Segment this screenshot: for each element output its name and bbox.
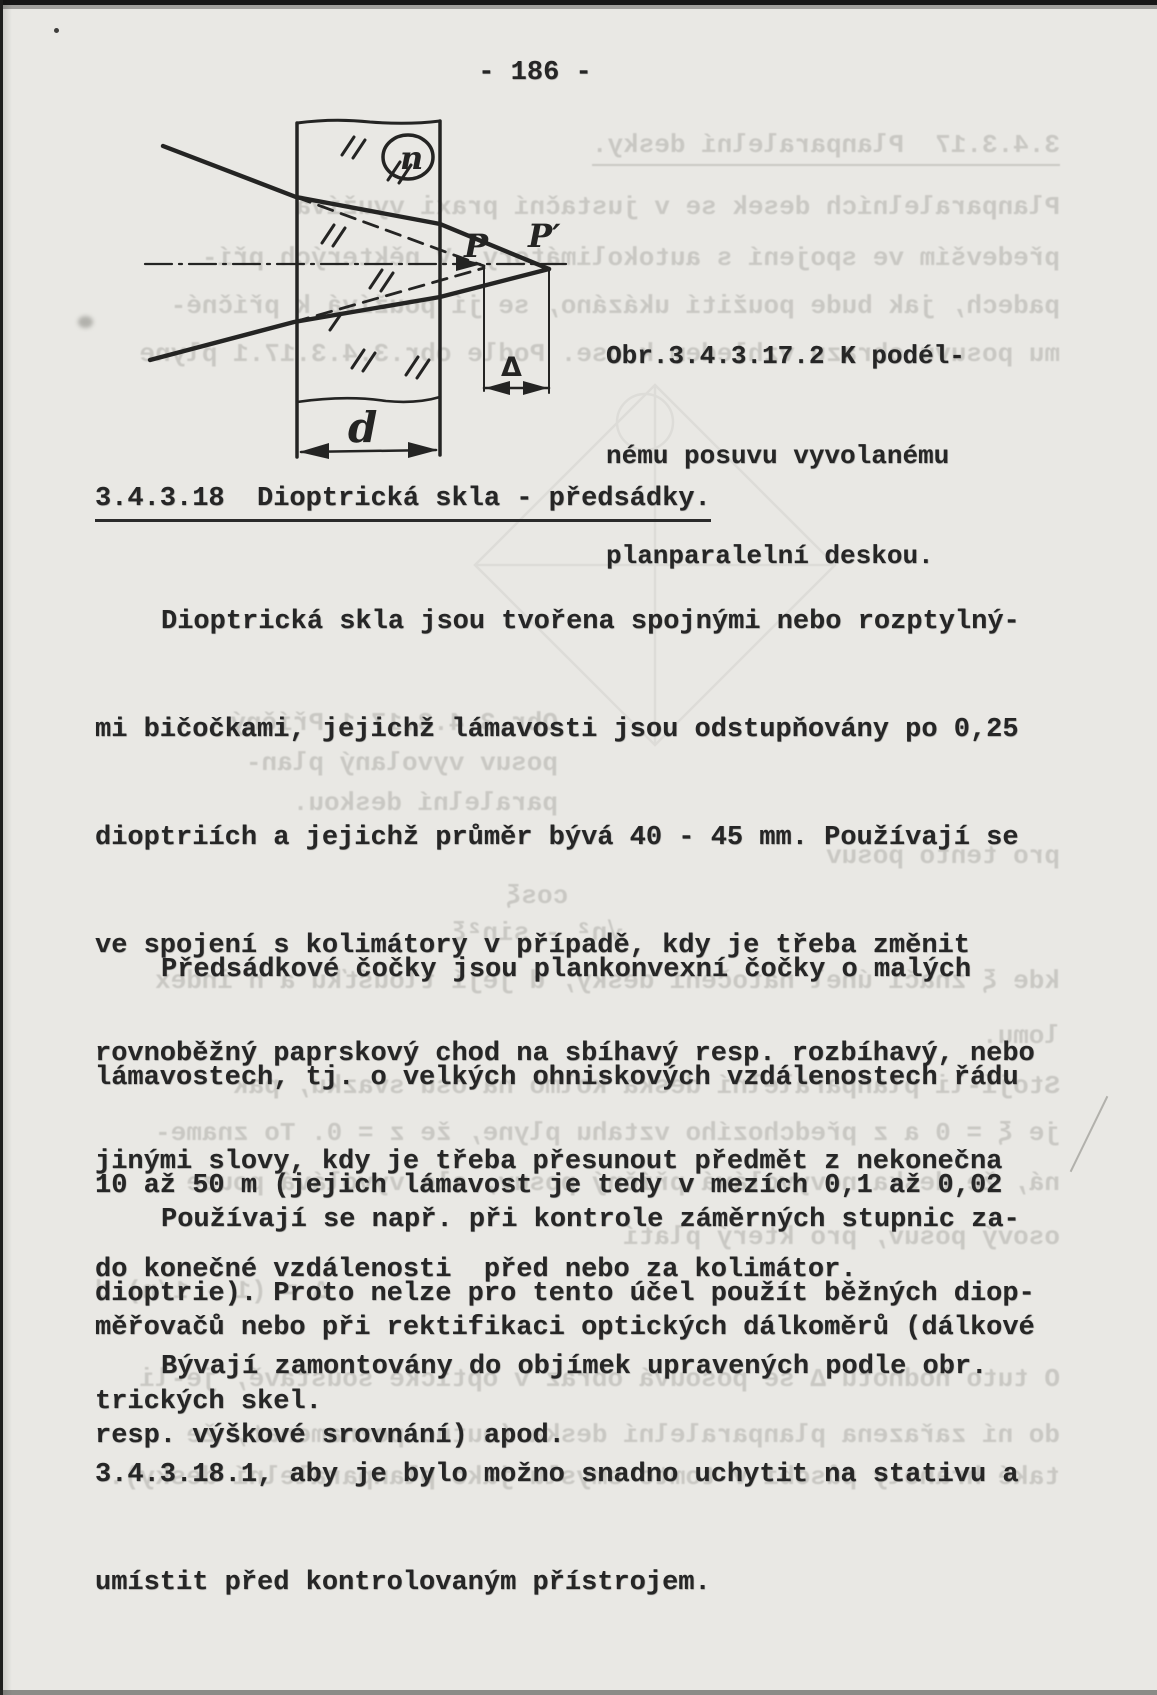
text-line: Používají se např. při kontrole záměrnýc… bbox=[95, 1196, 1075, 1244]
text-line: mi bičočkami, jejichž lámavosti jsou ods… bbox=[95, 706, 1075, 754]
ink-speck bbox=[54, 28, 59, 33]
scan-edge-bottom bbox=[0, 1690, 1157, 1695]
page: 3.4.3.17 Planparalelní desky. Planparale… bbox=[0, 0, 1157, 1695]
text-line: dioptriích a jejichž průměr bývá 40 - 45… bbox=[95, 814, 1075, 862]
section-heading: 3.4.3.18 Dioptrická skla - předsádky. bbox=[95, 484, 711, 522]
light-rays bbox=[150, 146, 549, 360]
page-number: - 186 - bbox=[95, 58, 975, 88]
figure-diagram: n P P′ Δ d bbox=[118, 95, 588, 475]
scanned-document-page: { "page": { "number": "- 186 -" }, "figu… bbox=[0, 0, 1157, 1695]
text-line: umístit před kontrolovaným přístrojem. bbox=[95, 1559, 1075, 1607]
refractive-index-label: n bbox=[400, 139, 423, 177]
text-line: Dioptrická skla jsou tvořena spojnými ne… bbox=[95, 598, 1075, 646]
caption-line: Obr.3.4.3.17.2 K podél- bbox=[606, 336, 1006, 376]
thickness-label: d bbox=[348, 403, 377, 452]
text-line: 3.4.3.18.1, aby je bylo možno snadno uch… bbox=[95, 1451, 1075, 1499]
point-p-label: P bbox=[463, 227, 489, 265]
text-line: Bývají zamontovány do objímek upravených… bbox=[95, 1343, 1075, 1391]
delta-shift-label: Δ bbox=[501, 352, 522, 383]
caption-line: nému posuvu vyvolanému bbox=[606, 436, 1006, 476]
paper-crease bbox=[1070, 1096, 1109, 1172]
text-line: Předsádkové čočky jsou plankonvexní čočk… bbox=[95, 946, 1075, 994]
scan-edge-left-shadow bbox=[3, 0, 12, 1695]
point-p-prime-label: P′ bbox=[527, 217, 561, 255]
text-line: lámavostech, tj. o velkých ohniskových v… bbox=[95, 1054, 1075, 1102]
smudge-mark bbox=[78, 316, 93, 328]
paragraph: Bývají zamontovány do objímek upravených… bbox=[95, 1283, 1075, 1667]
scan-edge-top-shadow bbox=[0, 5, 1157, 9]
